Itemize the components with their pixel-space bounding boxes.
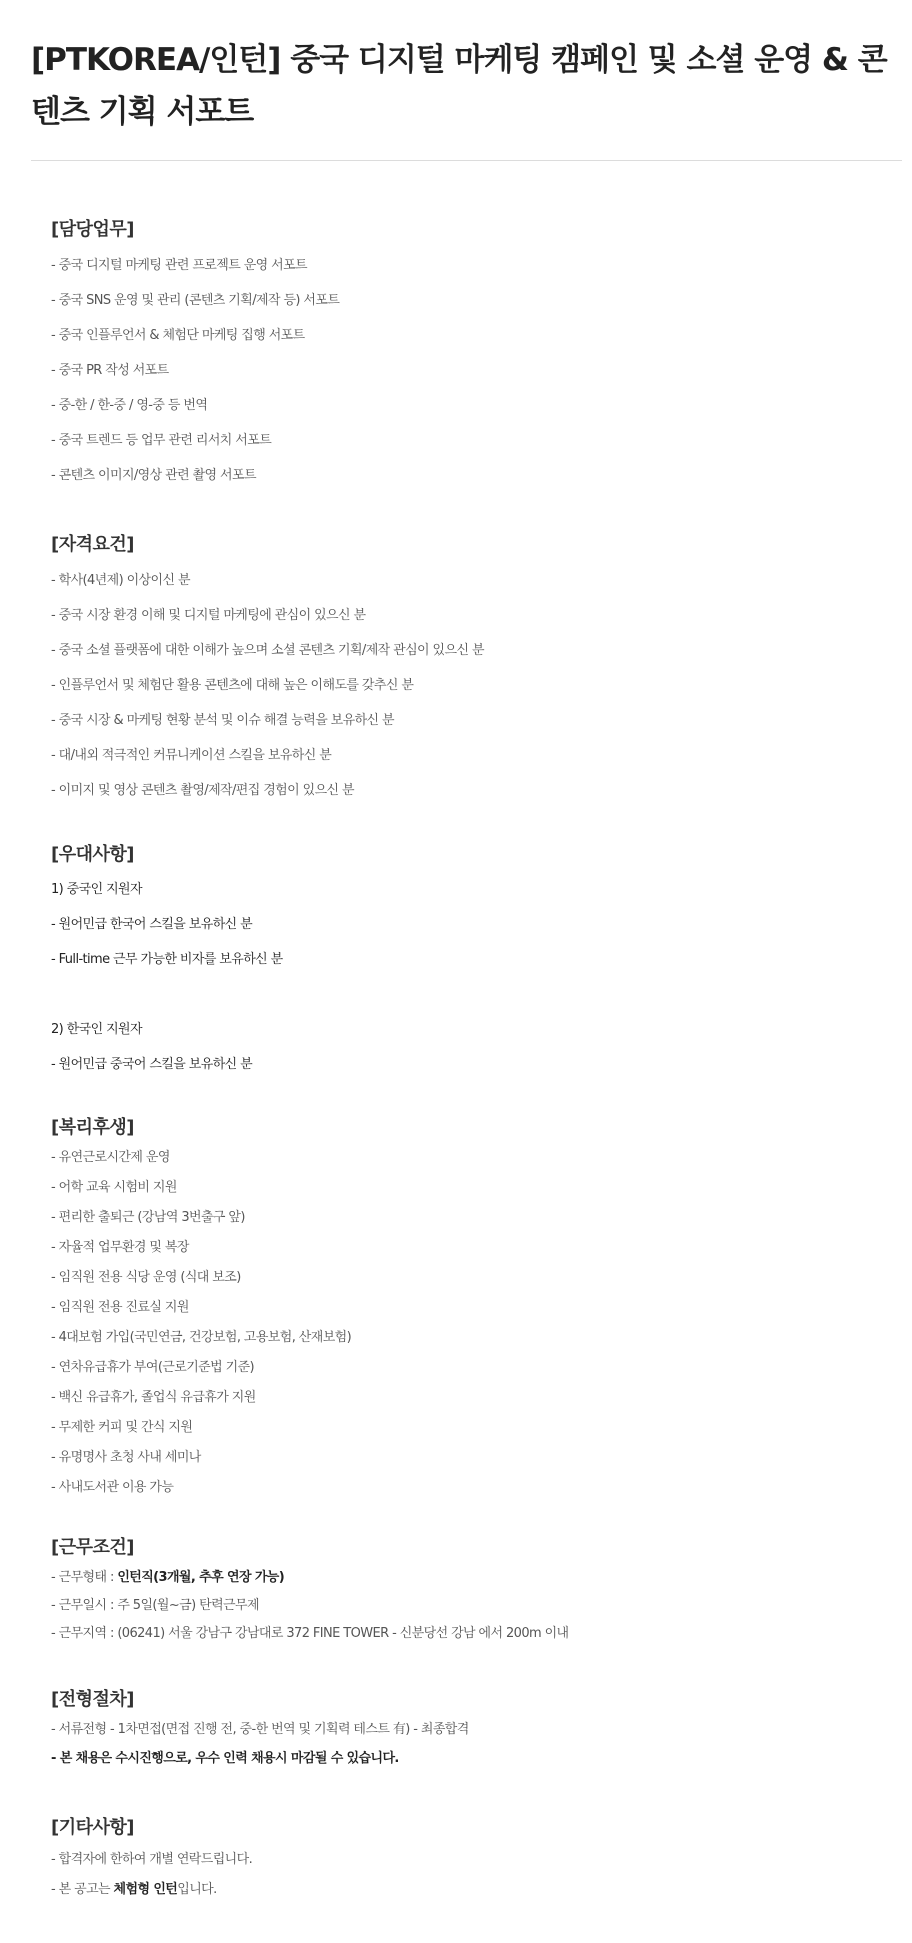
duties-heading: [담당업무] bbox=[51, 218, 134, 242]
condition-work-location: - 근무지역 : (06241) 서울 강남구 강남대로 372 FINE TO… bbox=[51, 1625, 569, 1643]
qualification-item: - 인플루언서 및 체험단 활용 콘텐츠에 대해 높은 이해도를 갖추신 분 bbox=[51, 677, 413, 695]
duty-item: - 중국 디지털 마케팅 관련 프로젝트 운영 서포트 bbox=[51, 257, 307, 275]
qualification-item: - 학사(4년제) 이상이신 분 bbox=[51, 572, 190, 590]
preferred-item: - 원어민급 중국어 스킬을 보유하신 분 bbox=[51, 1056, 252, 1074]
etc-heading: [기타사항] bbox=[51, 1816, 134, 1840]
benefit-item: - 어학 교육 시험비 지원 bbox=[51, 1179, 177, 1197]
qualification-item: - 중국 소셜 플랫폼에 대한 이해가 높으며 소셜 콘텐츠 기획/제작 관심이… bbox=[51, 642, 484, 660]
process-steps: - 서류전형 - 1차면접(면접 진행 전, 중-한 번역 및 기획력 테스트 … bbox=[51, 1721, 469, 1739]
qualification-item: - 이미지 및 영상 콘텐츠 촬영/제작/편집 경험이 있으신 분 bbox=[51, 782, 354, 800]
etc-item: - 본 공고는 체험형 인턴입니다. bbox=[51, 1881, 217, 1899]
condition-value: 주 5일(월~금) 탄력근무제 bbox=[117, 1598, 259, 1613]
condition-value: (06241) 서울 강남구 강남대로 372 FINE TOWER - 신분당… bbox=[117, 1626, 568, 1641]
title-divider bbox=[31, 160, 902, 161]
benefits-heading: [복리후생] bbox=[51, 1116, 134, 1140]
etc-item: - 합격자에 한하여 개별 연락드립니다. bbox=[51, 1851, 252, 1869]
duty-item: - 중국 트렌드 등 업무 관련 리서치 서포트 bbox=[51, 432, 271, 450]
condition-label: - 근무지역 : bbox=[51, 1626, 117, 1641]
benefit-item: - 유연근로시간제 운영 bbox=[51, 1149, 170, 1167]
benefit-item: - 백신 유급휴가, 졸업식 유급휴가 지원 bbox=[51, 1389, 256, 1407]
benefit-item: - 유명명사 초청 사내 세미나 bbox=[51, 1449, 201, 1467]
process-notice: - 본 채용은 수시진행으로, 우수 인력 채용시 마감될 수 있습니다. bbox=[51, 1750, 399, 1768]
preferred-heading: [우대사항] bbox=[51, 843, 134, 867]
qualification-item: - 대/내외 적극적인 커뮤니케이션 스킬을 보유하신 분 bbox=[51, 747, 331, 765]
benefit-item: - 4대보험 가입(국민연금, 건강보험, 고용보험, 산재보험) bbox=[51, 1329, 351, 1347]
condition-label: - 근무형태 : bbox=[51, 1570, 117, 1585]
benefit-item: - 임직원 전용 진료실 지원 bbox=[51, 1299, 189, 1317]
condition-value: 인턴직(3개월, 추후 연장 가능) bbox=[117, 1570, 284, 1585]
duty-item: - 중국 SNS 운영 및 관리 (콘텐츠 기획/제작 등) 서포트 bbox=[51, 292, 339, 310]
process-heading: [전형절차] bbox=[51, 1688, 134, 1712]
preferred-item: - Full-time 근무 가능한 비자를 보유하신 분 bbox=[51, 951, 283, 969]
preferred-item: - 원어민급 한국어 스킬을 보유하신 분 bbox=[51, 916, 252, 934]
benefit-item: - 연차유급휴가 부여(근로기준법 기준) bbox=[51, 1359, 254, 1377]
duty-item: - 중-한 / 한-중 / 영-중 등 번역 bbox=[51, 397, 207, 415]
etc-item-suffix: 입니다. bbox=[177, 1882, 216, 1897]
condition-label: - 근무일시 : bbox=[51, 1598, 117, 1613]
benefit-item: - 사내도서관 이용 가능 bbox=[51, 1479, 173, 1497]
conditions-heading: [근무조건] bbox=[51, 1536, 134, 1560]
etc-item-prefix: - 본 공고는 bbox=[51, 1882, 114, 1897]
benefit-item: - 임직원 전용 식당 운영 (식대 보조) bbox=[51, 1269, 241, 1287]
preferred-group-label: 1) 중국인 지원자 bbox=[51, 881, 142, 899]
benefit-item: - 무제한 커피 및 간식 지원 bbox=[51, 1419, 192, 1437]
qualification-item: - 중국 시장 & 마케팅 현황 분석 및 이슈 해결 능력을 보유하신 분 bbox=[51, 712, 394, 730]
benefit-item: - 자율적 업무환경 및 복장 bbox=[51, 1239, 189, 1257]
duty-item: - 콘텐츠 이미지/영상 관련 촬영 서포트 bbox=[51, 467, 256, 485]
qualifications-heading: [자격요건] bbox=[51, 533, 134, 557]
etc-item-emphasis: 체험형 인턴 bbox=[114, 1882, 178, 1897]
condition-work-schedule: - 근무일시 : 주 5일(월~금) 탄력근무제 bbox=[51, 1597, 259, 1615]
condition-employment-type: - 근무형태 : 인턴직(3개월, 추후 연장 가능) bbox=[51, 1569, 284, 1587]
duty-item: - 중국 PR 작성 서포트 bbox=[51, 362, 169, 380]
duty-item: - 중국 인플루언서 & 체험단 마케팅 집행 서포트 bbox=[51, 327, 305, 345]
preferred-group-label: 2) 한국인 지원자 bbox=[51, 1021, 142, 1039]
qualification-item: - 중국 시장 환경 이해 및 디지털 마케팅에 관심이 있으신 분 bbox=[51, 607, 365, 625]
page-title: [PTKOREA/인턴] 중국 디지털 마케팅 캠페인 및 소셜 운영 & 콘텐… bbox=[31, 34, 891, 138]
benefit-item: - 편리한 출퇴근 (강남역 3번출구 앞) bbox=[51, 1209, 245, 1227]
